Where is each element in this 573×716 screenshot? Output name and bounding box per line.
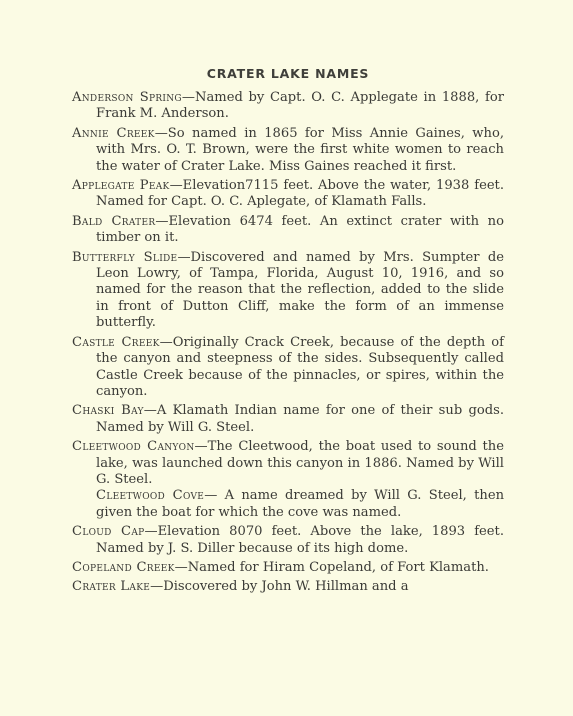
entry-head: Cleetwood Canyon [72, 439, 195, 454]
entry-head: Crater Lake [72, 579, 150, 594]
entry-anderson-spring: Anderson Spring—Named by Capt. O. C. App… [72, 90, 504, 123]
entry-crater-lake: Crater Lake—Discovered by John W. Hillma… [72, 579, 504, 595]
entry-head: Bald Crater [72, 214, 155, 229]
entry-text: —Named for Hiram Copeland, of Fort Klama… [175, 560, 489, 575]
entry-head: Chaski Bay [72, 403, 144, 418]
entry-text: —A Klamath Indian name for one of their … [96, 403, 504, 434]
entry-text: —Elevation 6474 feet. An extinct crater … [96, 214, 504, 245]
entry-text: —Elevation 8070 feet. Above the lake, 18… [96, 524, 504, 555]
entry-text: —Discovered by John W. Hillman and a [150, 579, 408, 594]
entry-cloud-cap: Cloud Cap—Elevation 8070 feet. Above the… [72, 524, 504, 557]
entry-text: —So named in 1865 for Miss Annie Gaines,… [96, 126, 504, 174]
entry-butterfly-slide: Butterfly Slide—Discovered and named by … [72, 250, 504, 332]
entry-cleetwood-canyon: Cleetwood Canyon—The Cleetwood, the boat… [72, 439, 504, 488]
entry-head: Cleetwood Cove [96, 488, 204, 503]
page-title: CRATER LAKE NAMES [72, 66, 504, 81]
entry-chaski-bay: Chaski Bay—A Klamath Indian name for one… [72, 403, 504, 436]
entry-castle-creek: Castle Creek—Originally Crack Creek, bec… [72, 335, 504, 401]
document-page: CRATER LAKE NAMES Anderson Spring—Named … [72, 66, 504, 599]
entry-cleetwood-cove: Cleetwood Cove— A name dreamed by Will G… [72, 488, 504, 521]
entry-head: Copeland Creek [72, 560, 175, 575]
entry-head: Castle Creek [72, 335, 160, 350]
entry-head: Cloud Cap [72, 524, 145, 539]
entry-annie-creek: Annie Creek—So named in 1865 for Miss An… [72, 126, 504, 175]
entry-bald-crater: Bald Crater—Elevation 6474 feet. An exti… [72, 214, 504, 247]
entry-copeland-creek: Copeland Creek—Named for Hiram Copeland,… [72, 560, 504, 576]
entry-applegate-peak: Applegate Peak—Elevation7115 feet. Above… [72, 178, 504, 211]
entry-head: Butterfly Slide [72, 250, 177, 265]
entry-head: Anderson Spring [72, 90, 182, 105]
entry-head: Annie Creek [72, 126, 155, 141]
entry-head: Applegate Peak [72, 178, 170, 193]
